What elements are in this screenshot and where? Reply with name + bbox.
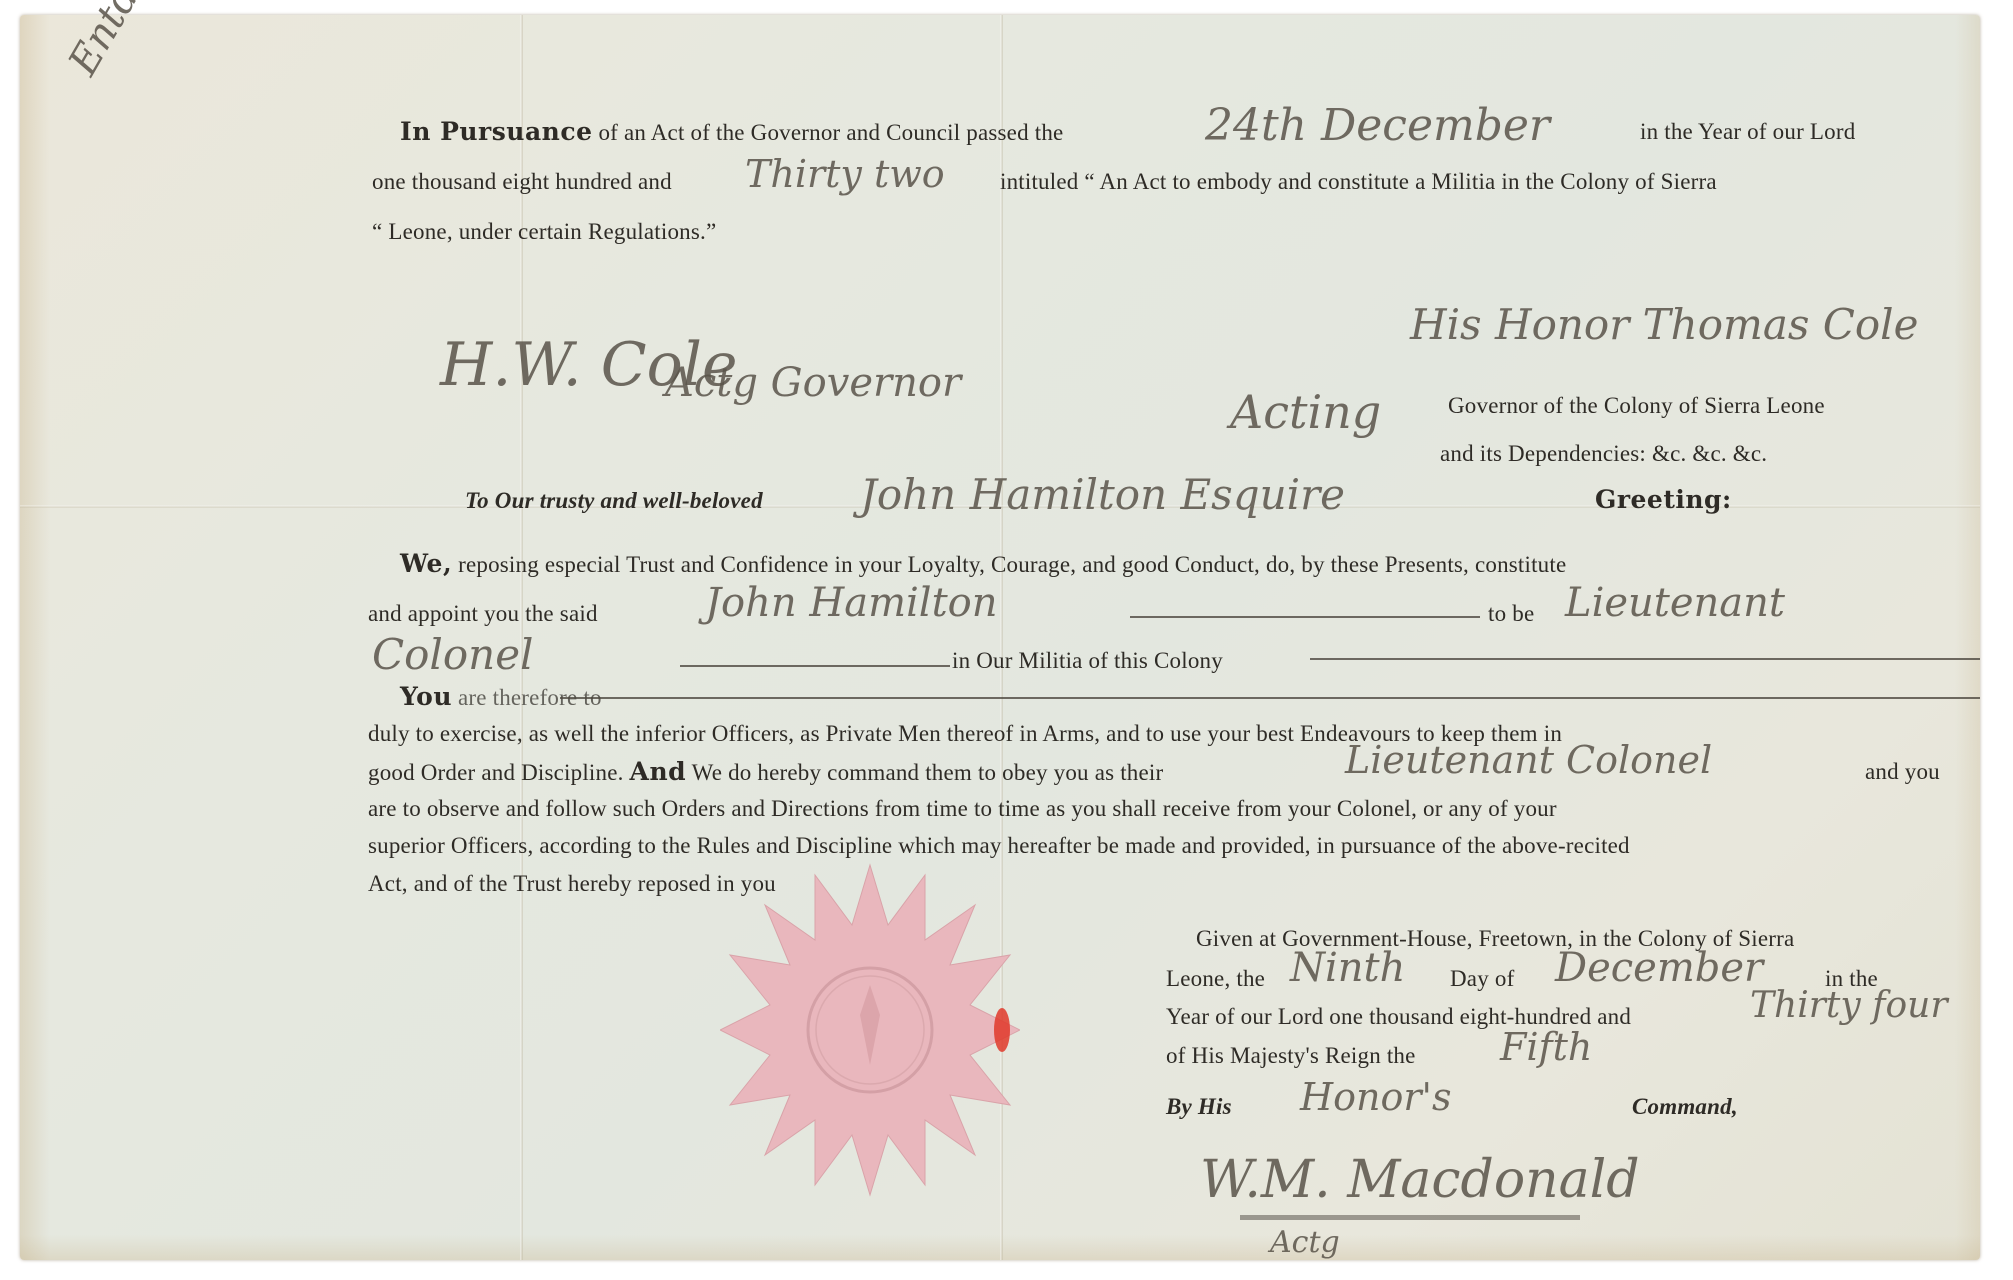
hw-act-year: Thirty two — [745, 152, 945, 196]
appointment-line-2-to-be: to be — [1488, 600, 1534, 628]
seal-icon — [720, 855, 1020, 1205]
hw-reign-year: Fifth — [1500, 1025, 1592, 1069]
blank-line — [560, 697, 1980, 699]
preamble-line-3: “ Leone, under certain Regulations.” — [372, 218, 716, 246]
hw-act-date: 24th December — [1205, 100, 1550, 151]
signature-governor-title: Actg Governor — [665, 360, 961, 406]
hw-governor-name: His Honor Thomas Cole — [1410, 300, 1918, 349]
signature-secretary: W.M. Macdonald — [1200, 1150, 1640, 1210]
appointment-line-1: We, reposing especial Trust and Confiden… — [400, 550, 1566, 579]
signature-secretary-note: Actg — [1270, 1225, 1340, 1260]
duties-line-2: good Order and Discipline. And We do her… — [368, 758, 1163, 787]
governor-title-line-2: and its Dependencies: &c. &c. &c. — [1440, 440, 1767, 468]
hw-day: Ninth — [1290, 945, 1405, 991]
duties-line-5: Act, and of the Trust hereby reposed in … — [368, 870, 776, 898]
appointment-line-3: in Our Militia of this Colony — [952, 647, 1223, 675]
command-suffix: Command, — [1632, 1093, 1738, 1121]
wafer-seal — [720, 855, 1020, 1205]
greeting-suffix: Greeting: — [1595, 486, 1732, 514]
duties-line-2-end: and you — [1865, 758, 1940, 786]
governor-title-line-1: Governor of the Colony of Sierra Leone — [1448, 392, 1825, 420]
hw-year: Thirty four — [1750, 985, 1948, 1026]
hw-appointee-name: John Hamilton — [705, 580, 998, 626]
preamble-line-2-end: intituled “ An Act to embody and constit… — [1000, 168, 1717, 196]
hw-acting: Acting — [1230, 385, 1381, 439]
lead-word-in-pursuance: In Pursuance — [400, 117, 592, 146]
given-line-4: of His Majesty's Reign the — [1166, 1042, 1416, 1070]
hw-rank-lieutenant-colonel: Lieutenant Colonel — [1345, 738, 1712, 782]
lead-word-you: You — [400, 682, 452, 711]
preamble-line-2-start: one thousand eight hundred and — [372, 168, 672, 196]
hw-honors: Honor's — [1300, 1075, 1451, 1119]
blank-line — [1130, 616, 1480, 618]
preamble-line-1: In Pursuance of an Act of the Governor a… — [400, 118, 1063, 147]
hw-recipient-name: John Hamilton Esquire — [860, 470, 1345, 519]
command-prefix: By His — [1166, 1093, 1232, 1121]
greeting-prefix: To Our trusty and well-beloved — [465, 487, 763, 515]
blank-line — [1310, 658, 1980, 660]
preamble-line-1-end: in the Year of our Lord — [1640, 118, 1855, 146]
signature-underline — [1240, 1215, 1580, 1220]
lead-word-we: We, — [400, 549, 452, 578]
appointment-line-2-start: and appoint you the said — [368, 600, 598, 628]
hw-rank-colonel: Colonel — [372, 630, 533, 679]
given-line-2-day-of: Day of — [1450, 965, 1514, 993]
given-line-2-start: Leone, the — [1166, 965, 1265, 993]
blank-line — [680, 665, 950, 667]
duties-line-3: are to observe and follow such Orders an… — [368, 795, 1557, 823]
hw-rank-lieutenant: Lieutenant — [1565, 580, 1785, 626]
hw-month: December — [1555, 945, 1763, 991]
